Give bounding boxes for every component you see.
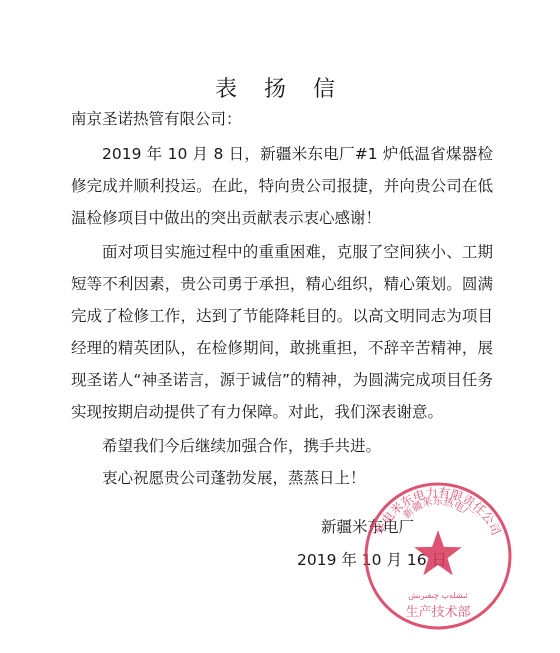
letter-body: 2019 年 10 月 8 日，新疆米东电厂#1 炉低温省煤器检修完成并顺利投运…	[71, 138, 493, 494]
paragraph-2: 面对项目实施过程中的重重困难，克服了空间狭小、工期短等不利因素，贵公司勇于承担，…	[71, 236, 493, 428]
official-seal-stamp: 华电米东电力有限责任公司 新疆米东热电厂 ﺋﯩﺸﻠﻪﭖ ﭼﯩﻘﯩﺮﯨﺶ 生产技术…	[362, 480, 514, 632]
stamp-bottom-text: 生产技术部	[405, 604, 470, 620]
svg-text:ﺋﯩﺸﻠﻪﭖ ﭼﯩﻘﯩﺮﯨﺶ: ﺋﯩﺸﻠﻪﭖ ﭼﯩﻘﯩﺮﯨﺶ	[408, 591, 467, 600]
star-icon	[414, 530, 462, 575]
letter-page: 表 扬 信 南京圣诺热管有限公司： 2019 年 10 月 8 日，新疆米东电厂…	[0, 0, 560, 653]
paragraph-1: 2019 年 10 月 8 日，新疆米东电厂#1 炉低温省煤器检修完成并顺利投运…	[71, 138, 493, 234]
letter-title: 表 扬 信	[0, 72, 560, 103]
salutation: 南京圣诺热管有限公司：	[71, 107, 242, 129]
paragraph-3: 希望我们今后继续加强合作，携手共进。	[71, 430, 493, 462]
stamp-outer-text: 华电米东电力有限责任公司	[372, 485, 503, 538]
